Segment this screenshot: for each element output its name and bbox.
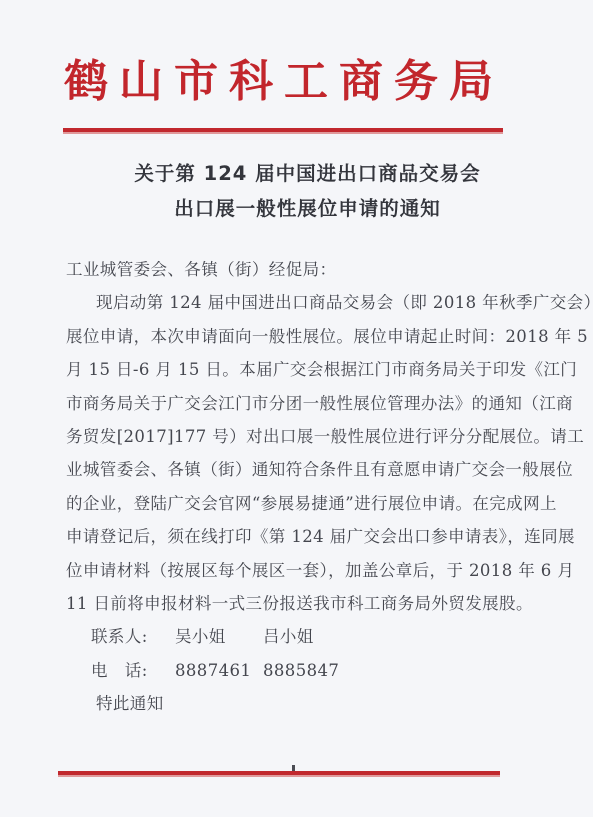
contact-phone-number-2: 8885847 [263,654,339,687]
scanned-notice-page: 鹤山市科工商务局 关于第 124 届中国进出口商品交易会 出口展一般性展位申请的… [0,0,593,817]
contact-person-label: 联系人: [91,620,175,653]
contact-person-name-1: 吴小姐 [175,620,263,653]
masthead-divider-rule [63,128,503,134]
document-title-line2: 出口展一般性展位申请的通知 [22,191,593,226]
agency-name-masthead: 鹤山市科工商务局 [64,56,509,108]
contact-phone-label: 电 话: [91,654,175,687]
contact-person-name-2: 吕小姐 [263,620,314,653]
contact-person-row: 联系人: 吴小姐 吕小姐 [66,620,546,653]
paragraph-line: 业城管委会、各镇（街）通知符合条件且有意愿申请广交会一般展位 [66,453,546,486]
paragraph-line: 务贸发[2017]177 号）对出口展一般性展位进行评分分配展位。请工 [66,420,546,453]
closing-line: 特此通知 [66,687,546,720]
paragraph-line: 位申请材料（按展区每个展区一套），加盖公章后，于 2018 年 6 月 [66,554,546,587]
paragraph-line: 月 15 日-6 月 15 日。本届广交会根据江门市商务局关于印发《江门 [66,353,546,386]
contact-phone-row: 电 话: 8887461 8885847 [66,654,546,687]
paragraph-line: 申请登记后，须在线打印《第 124 届广交会出口参申请表》，连同展 [66,520,546,553]
paragraph-line: 市商务局关于广交会江门市分团一般性展位管理办法》的通知（江商 [66,387,546,420]
footer-divider-rule [58,771,500,777]
document-title: 关于第 124 届中国进出口商品交易会 出口展一般性展位申请的通知 [0,156,593,226]
paragraph-line: 的企业，登陆广交会官网“参展易捷通”进行展位申请。在完成网上 [66,487,546,520]
document-body: 工业城管委会、各镇（街）经促局： 现启动第 124 届中国进出口商品交易会（即 … [66,253,546,720]
contact-phone-number-1: 8887461 [175,654,263,687]
paragraph-line: 现启动第 124 届中国进出口商品交易会（即 2018 年秋季广交会） [66,286,546,319]
paragraph-line: 11 日前将申报材料一式三份报送我市科工商务局外贸发展股。 [66,587,546,620]
salutation-line: 工业城管委会、各镇（街）经促局： [66,253,546,286]
document-title-line1: 关于第 124 届中国进出口商品交易会 [22,156,593,191]
paragraph-line: 展位申请，本次申请面向一般性展位。展位申请起止时间：2018 年 5 [66,320,546,353]
